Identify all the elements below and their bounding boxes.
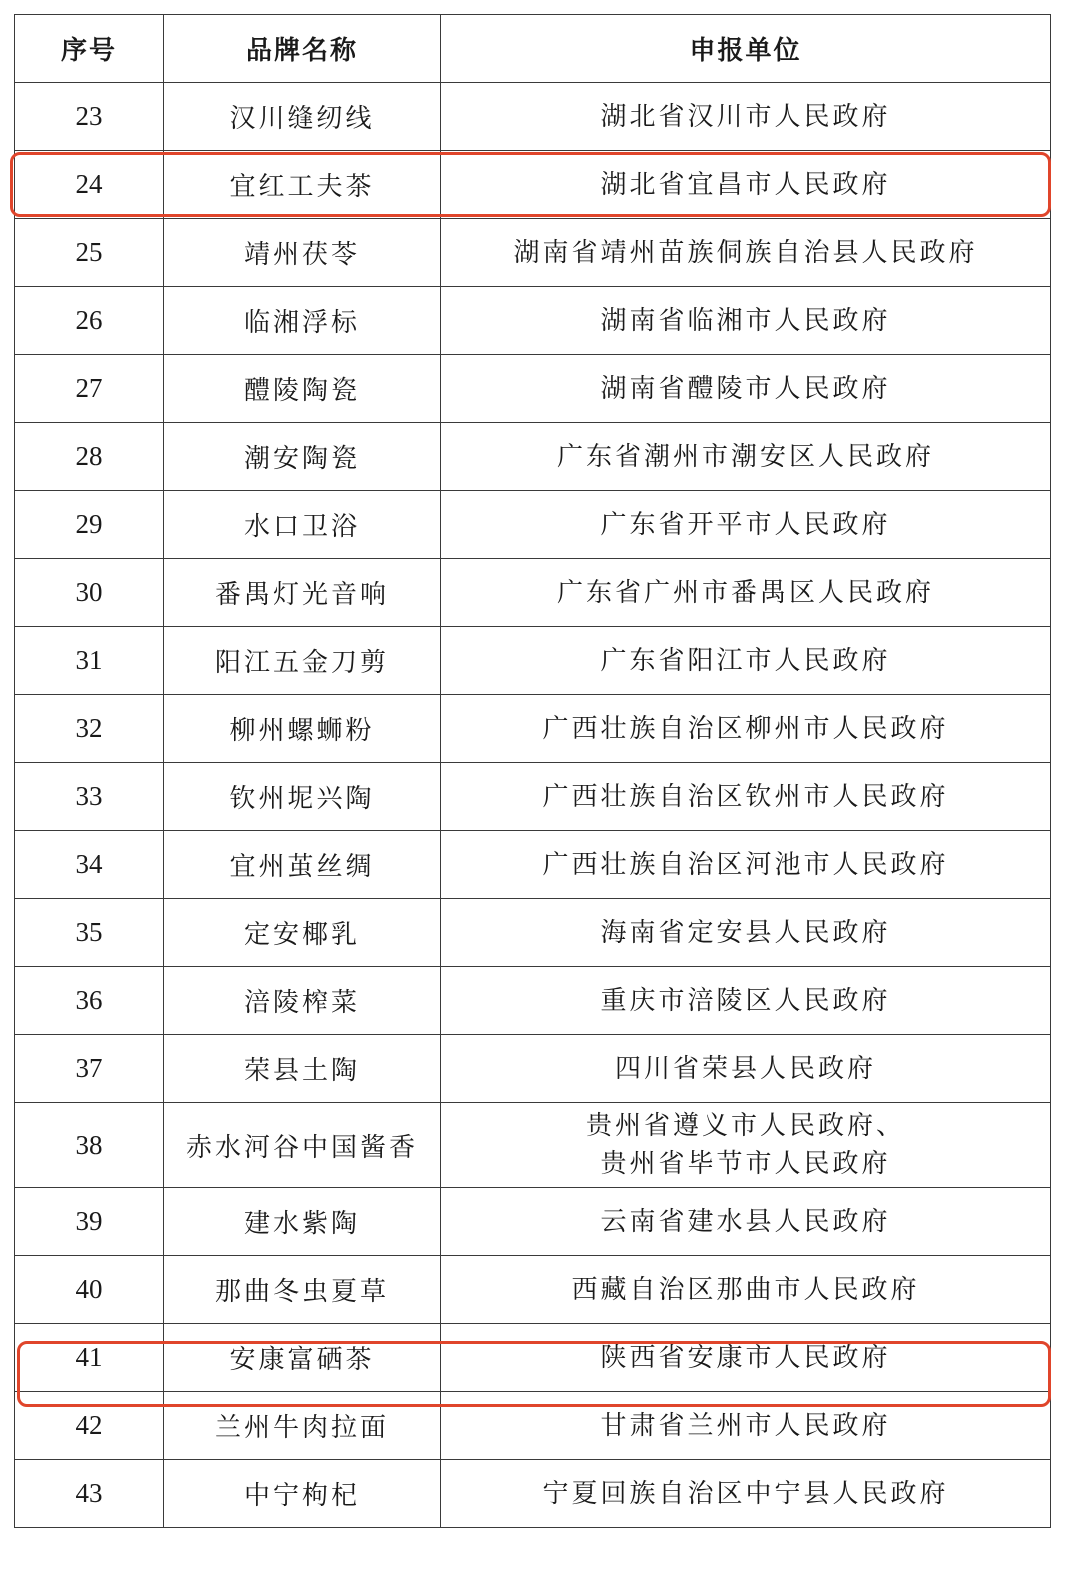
table-row: 29水口卫浴广东省开平市人民政府	[15, 491, 1051, 559]
cell-brand-name: 宜红工夫茶	[164, 151, 441, 219]
applicant-line: 湖南省临湘市人民政府	[441, 302, 1050, 340]
cell-applicant: 宁夏回族自治区中宁县人民政府	[441, 1460, 1051, 1528]
applicant-line: 四川省荣县人民政府	[441, 1050, 1050, 1088]
applicant-line: 云南省建水县人民政府	[441, 1203, 1050, 1241]
cell-brand-name: 潮安陶瓷	[164, 423, 441, 491]
cell-index: 29	[15, 491, 164, 559]
applicant-line: 广东省开平市人民政府	[441, 506, 1050, 544]
cell-applicant: 陕西省安康市人民政府	[441, 1324, 1051, 1392]
table-row: 40那曲冬虫夏草西藏自治区那曲市人民政府	[15, 1256, 1051, 1324]
cell-applicant: 湖南省醴陵市人民政府	[441, 355, 1051, 423]
cell-brand-name: 宜州茧丝绸	[164, 831, 441, 899]
cell-brand-name: 兰州牛肉拉面	[164, 1392, 441, 1460]
table-row: 31阳江五金刀剪广东省阳江市人民政府	[15, 627, 1051, 695]
table-row: 23汉川缝纫线湖北省汉川市人民政府	[15, 83, 1051, 151]
cell-index: 32	[15, 695, 164, 763]
cell-applicant: 西藏自治区那曲市人民政府	[441, 1256, 1051, 1324]
cell-applicant: 湖北省宜昌市人民政府	[441, 151, 1051, 219]
cell-brand-name: 汉川缝纫线	[164, 83, 441, 151]
cell-brand-name: 钦州坭兴陶	[164, 763, 441, 831]
cell-index: 26	[15, 287, 164, 355]
cell-brand-name: 临湘浮标	[164, 287, 441, 355]
cell-applicant: 广东省开平市人民政府	[441, 491, 1051, 559]
cell-index: 36	[15, 967, 164, 1035]
table-row: 39建水紫陶云南省建水县人民政府	[15, 1188, 1051, 1256]
cell-applicant: 广西壮族自治区柳州市人民政府	[441, 695, 1051, 763]
header-brand-name: 品牌名称	[164, 15, 441, 83]
cell-index: 41	[15, 1324, 164, 1392]
cell-brand-name: 建水紫陶	[164, 1188, 441, 1256]
cell-applicant: 广东省广州市番禺区人民政府	[441, 559, 1051, 627]
applicant-line: 陕西省安康市人民政府	[441, 1339, 1050, 1377]
cell-index: 37	[15, 1035, 164, 1103]
applicant-line: 广西壮族自治区河池市人民政府	[441, 846, 1050, 884]
table-header-row: 序号 品牌名称 申报单位	[15, 15, 1051, 83]
applicant-line: 贵州省遵义市人民政府、	[441, 1107, 1050, 1145]
cell-brand-name: 靖州茯苓	[164, 219, 441, 287]
cell-index: 25	[15, 219, 164, 287]
cell-brand-name: 赤水河谷中国酱香	[164, 1103, 441, 1188]
applicant-line: 湖北省宜昌市人民政府	[441, 166, 1050, 204]
cell-brand-name: 那曲冬虫夏草	[164, 1256, 441, 1324]
applicant-line: 湖南省靖州苗族侗族自治县人民政府	[441, 234, 1050, 272]
cell-applicant: 湖南省靖州苗族侗族自治县人民政府	[441, 219, 1051, 287]
applicant-line: 湖南省醴陵市人民政府	[441, 370, 1050, 408]
cell-applicant: 四川省荣县人民政府	[441, 1035, 1051, 1103]
cell-index: 39	[15, 1188, 164, 1256]
cell-brand-name: 醴陵陶瓷	[164, 355, 441, 423]
cell-brand-name: 番禺灯光音响	[164, 559, 441, 627]
header-applicant: 申报单位	[441, 15, 1051, 83]
cell-index: 31	[15, 627, 164, 695]
cell-applicant: 云南省建水县人民政府	[441, 1188, 1051, 1256]
applicant-line: 广东省广州市番禺区人民政府	[441, 574, 1050, 612]
cell-brand-name: 安康富硒茶	[164, 1324, 441, 1392]
table-row: 34宜州茧丝绸广西壮族自治区河池市人民政府	[15, 831, 1051, 899]
cell-index: 30	[15, 559, 164, 627]
applicant-line: 贵州省毕节市人民政府	[441, 1145, 1050, 1183]
cell-brand-name: 水口卫浴	[164, 491, 441, 559]
table-row-highlighted: 24宜红工夫茶湖北省宜昌市人民政府	[15, 151, 1051, 219]
table-row: 43中宁枸杞宁夏回族自治区中宁县人民政府	[15, 1460, 1051, 1528]
table-row: 30番禺灯光音响广东省广州市番禺区人民政府	[15, 559, 1051, 627]
cell-applicant: 湖北省汉川市人民政府	[441, 83, 1051, 151]
cell-index: 35	[15, 899, 164, 967]
applicant-line: 广东省潮州市潮安区人民政府	[441, 438, 1050, 476]
cell-index: 38	[15, 1103, 164, 1188]
cell-index: 27	[15, 355, 164, 423]
table-row: 37荣县土陶四川省荣县人民政府	[15, 1035, 1051, 1103]
header-index: 序号	[15, 15, 164, 83]
cell-applicant: 甘肃省兰州市人民政府	[441, 1392, 1051, 1460]
table-row: 28潮安陶瓷广东省潮州市潮安区人民政府	[15, 423, 1051, 491]
cell-index: 42	[15, 1392, 164, 1460]
table-row: 25靖州茯苓湖南省靖州苗族侗族自治县人民政府	[15, 219, 1051, 287]
cell-index: 40	[15, 1256, 164, 1324]
applicant-line: 甘肃省兰州市人民政府	[441, 1407, 1050, 1445]
cell-brand-name: 柳州螺蛳粉	[164, 695, 441, 763]
table-row: 35定安椰乳海南省定安县人民政府	[15, 899, 1051, 967]
cell-brand-name: 涪陵榨菜	[164, 967, 441, 1035]
table-row-highlighted: 41安康富硒茶陕西省安康市人民政府	[15, 1324, 1051, 1392]
cell-index: 28	[15, 423, 164, 491]
table-body: 23汉川缝纫线湖北省汉川市人民政府24宜红工夫茶湖北省宜昌市人民政府25靖州茯苓…	[15, 83, 1051, 1528]
table-row: 42兰州牛肉拉面甘肃省兰州市人民政府	[15, 1392, 1051, 1460]
cell-index: 34	[15, 831, 164, 899]
cell-index: 24	[15, 151, 164, 219]
cell-applicant: 广西壮族自治区河池市人民政府	[441, 831, 1051, 899]
cell-applicant: 广东省潮州市潮安区人民政府	[441, 423, 1051, 491]
cell-applicant: 贵州省遵义市人民政府、贵州省毕节市人民政府	[441, 1103, 1051, 1188]
cell-brand-name: 定安椰乳	[164, 899, 441, 967]
cell-brand-name: 中宁枸杞	[164, 1460, 441, 1528]
cell-index: 33	[15, 763, 164, 831]
cell-applicant: 湖南省临湘市人民政府	[441, 287, 1051, 355]
table-row: 36涪陵榨菜重庆市涪陵区人民政府	[15, 967, 1051, 1035]
cell-brand-name: 阳江五金刀剪	[164, 627, 441, 695]
table-row: 32柳州螺蛳粉广西壮族自治区柳州市人民政府	[15, 695, 1051, 763]
cell-applicant: 广西壮族自治区钦州市人民政府	[441, 763, 1051, 831]
cell-applicant: 广东省阳江市人民政府	[441, 627, 1051, 695]
brand-table: 序号 品牌名称 申报单位 23汉川缝纫线湖北省汉川市人民政府24宜红工夫茶湖北省…	[14, 14, 1051, 1528]
brand-table-container: 序号 品牌名称 申报单位 23汉川缝纫线湖北省汉川市人民政府24宜红工夫茶湖北省…	[14, 14, 1050, 1528]
applicant-line: 西藏自治区那曲市人民政府	[441, 1271, 1050, 1309]
applicant-line: 海南省定安县人民政府	[441, 914, 1050, 952]
cell-brand-name: 荣县土陶	[164, 1035, 441, 1103]
applicant-line: 重庆市涪陵区人民政府	[441, 982, 1050, 1020]
applicant-line: 广西壮族自治区钦州市人民政府	[441, 778, 1050, 816]
applicant-line: 宁夏回族自治区中宁县人民政府	[441, 1475, 1050, 1513]
applicant-line: 湖北省汉川市人民政府	[441, 98, 1050, 136]
table-row: 26临湘浮标湖南省临湘市人民政府	[15, 287, 1051, 355]
cell-applicant: 海南省定安县人民政府	[441, 899, 1051, 967]
table-row: 38赤水河谷中国酱香贵州省遵义市人民政府、贵州省毕节市人民政府	[15, 1103, 1051, 1188]
applicant-line: 广西壮族自治区柳州市人民政府	[441, 710, 1050, 748]
cell-index: 23	[15, 83, 164, 151]
cell-index: 43	[15, 1460, 164, 1528]
applicant-line: 广东省阳江市人民政府	[441, 642, 1050, 680]
cell-applicant: 重庆市涪陵区人民政府	[441, 967, 1051, 1035]
table-row: 33钦州坭兴陶广西壮族自治区钦州市人民政府	[15, 763, 1051, 831]
table-row: 27醴陵陶瓷湖南省醴陵市人民政府	[15, 355, 1051, 423]
